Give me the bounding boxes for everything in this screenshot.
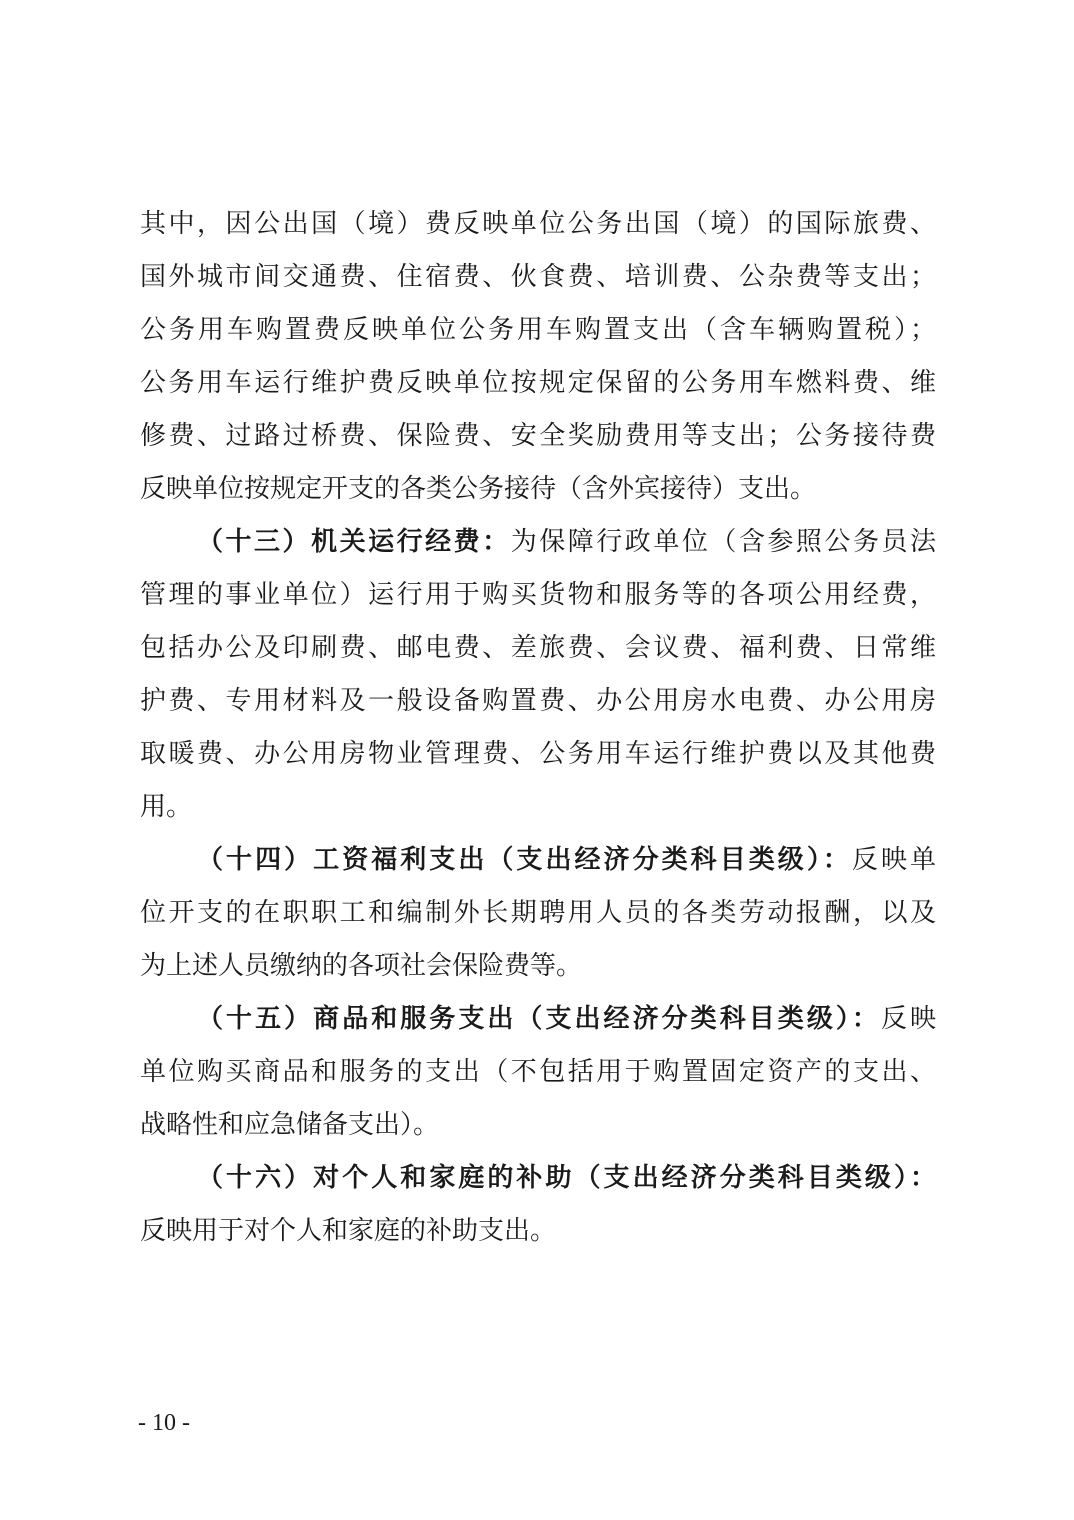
text-line: 用。 [140,781,936,834]
text-line: （十六）对个人和家庭的补助（支出经济分类科目类级）： [140,1152,936,1205]
text-line: 反映单位按规定开支的各类公务接待（含外宾接待）支出。 [140,463,936,516]
text-line: 位开支的在职职工和编制外长期聘用人员的各类劳动报酬，以及 [140,887,936,940]
text-line: 公务用车运行维护费反映单位按规定保留的公务用车燃料费、维 [140,357,936,410]
text-line: （十四）工资福利支出（支出经济分类科目类级）：反映单 [140,834,936,887]
section-heading-16: （十六）对个人和家庭的补助（支出经济分类科目类级）： [197,1163,936,1193]
paragraph-15-goods-services: （十五）商品和服务支出（支出经济分类科目类级）：反映 单位购买商品和服务的支出（… [140,993,936,1152]
text-line: 护费、专用材料及一般设备购置费、办公用房水电费、办公用房 [140,675,936,728]
text-line: 取暖费、办公用房物业管理费、公务用车运行维护费以及其他费 [140,728,936,781]
text-segment: 反映 [881,1004,936,1034]
section-heading-15: （十五）商品和服务支出（支出经济分类科目类级）： [197,1004,881,1034]
section-heading-14: （十四）工资福利支出（支出经济分类科目类级）： [197,845,852,875]
paragraph-14-wages: （十四）工资福利支出（支出经济分类科目类级）：反映单 位开支的在职职工和编制外长… [140,834,936,993]
text-line: 管理的事业单位）运行用于购买货物和服务等的各项公用经费， [140,569,936,622]
text-line: （十三）机关运行经费：为保障行政单位（含参照公务员法 [140,516,936,569]
paragraph-public-expenses: 其中，因公出国（境）费反映单位公务出国（境）的国际旅费、 国外城市间交通费、住宿… [140,198,936,516]
paragraph-16-subsidies: （十六）对个人和家庭的补助（支出经济分类科目类级）： 反映用于对个人和家庭的补助… [140,1152,936,1258]
document-page: 其中，因公出国（境）费反映单位公务出国（境）的国际旅费、 国外城市间交通费、住宿… [0,0,1074,1520]
text-line: 单位购买商品和服务的支出（不包括用于购置固定资产的支出、 [140,1046,936,1099]
text-line: 公务用车购置费反映单位公务用车购置支出（含车辆购置税）； [140,304,936,357]
text-line: 其中，因公出国（境）费反映单位公务出国（境）的国际旅费、 [140,198,936,251]
text-line: （十五）商品和服务支出（支出经济分类科目类级）：反映 [140,993,936,1046]
text-line: 修费、过路过桥费、保险费、安全奖励费用等支出；公务接待费 [140,410,936,463]
text-line: 国外城市间交通费、住宿费、伙食费、培训费、公杂费等支出； [140,251,936,304]
text-segment: 为保障行政单位（含参照公务员法 [511,527,936,557]
text-line: 战略性和应急储备支出）。 [140,1099,936,1152]
page-number: - 10 - [138,1410,190,1437]
paragraph-13-operating-funds: （十三）机关运行经费：为保障行政单位（含参照公务员法 管理的事业单位）运行用于购… [140,516,936,834]
text-segment: 反映单 [852,845,936,875]
document-body: 其中，因公出国（境）费反映单位公务出国（境）的国际旅费、 国外城市间交通费、住宿… [140,198,936,1258]
section-heading-13: （十三）机关运行经费： [197,527,511,557]
text-line: 反映用于对个人和家庭的补助支出。 [140,1205,936,1258]
text-line: 为上述人员缴纳的各项社会保险费等。 [140,940,936,993]
text-line: 包括办公及印刷费、邮电费、差旅费、会议费、福利费、日常维 [140,622,936,675]
